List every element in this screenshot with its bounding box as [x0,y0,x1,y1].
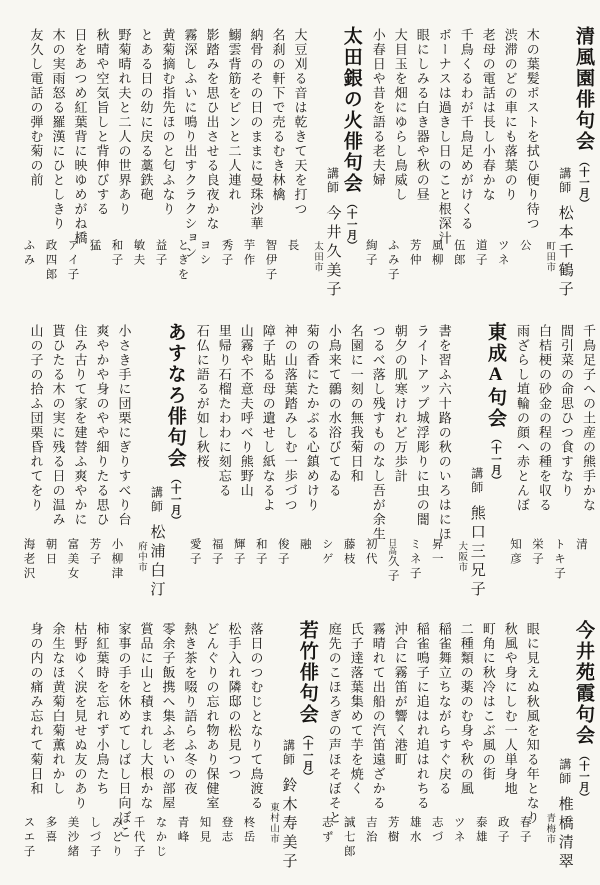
poem-author-name: しづ子 [88,816,100,860]
lecturer-inner: 講師鈴木寿美子 [280,739,296,872]
poem-column: とある日の幼に戻る藁鉄砲敏夫 [131,26,153,306]
poem-text: 野菊晴れ夫と二人の世界あり [117,28,130,217]
poem-text: 小春日や昔を語る老夫婦 [372,28,385,188]
poem-author-name: みどり [110,816,122,860]
poem-author: 春子 [517,816,533,845]
poem-author: 長 [284,239,300,254]
city-label: 青梅市 [544,813,554,845]
poem-column: 秋風や身にしむ一人単身地政子 [496,620,518,878]
poem-author-name: 登志 [220,816,232,845]
lecturer-name: 松浦白汀 [148,524,164,600]
poem-text: 二種類の薬のむ身や秋の風 [460,622,473,796]
poem-column: 里帰り石榴たわわに刻忘る福子 [210,322,232,606]
city-column: 東村山市 [266,620,277,878]
poem-author: アイ子 [64,239,80,283]
lecturer-role: 講師 [325,167,339,195]
poem-text: ライトアップ城浮彫りに虫の闇 [416,324,429,527]
poem-author-name: 猛 [88,239,100,254]
poem-column: 沖合に霧笛が響く港町芳樹 [386,620,408,878]
section-title: 東成A句会（十一月） [485,322,506,606]
poem-author-name: トキ子 [553,538,565,582]
poem-author: ミネ子 [407,538,423,582]
section-month: （十一月） [578,750,589,803]
section-title-text: 今井苑霞句会 [573,620,594,746]
poem-author-name: 清 [575,538,587,553]
poem-text: 日をあつめ紅葉背に映ゆめがね橋 [73,28,86,246]
poem-column: 枯野ゆく涙を見せぬ友のあり美沙緒 [65,620,87,878]
poem-column: 霧晴れて出船の汽笛遠ざかる吉治 [364,620,386,878]
poem-column: 渋滞のどの車にも落葉のりツネ [496,26,518,306]
poem-author: みどり [108,816,124,860]
poem-column: 小鳥来て鶸の水浴びてゐるシゲ [320,322,342,606]
poem-author-name: 美沙緒 [66,816,78,860]
poem-author: 伍郎 [451,239,467,268]
poem-author-name: 融 [299,538,311,553]
poem-author: 福子 [209,538,225,567]
poem-text: 渋滞のどの車にも落葉のり [504,28,517,202]
poem-author-name: 政四郎 [44,239,56,283]
poem-author: ふみ子 [385,239,401,283]
poem-text: 庭先のこほろぎの声ほそぼそと [328,622,341,825]
city-label: 府中市 [135,541,145,573]
poem-column: 千鳥くるわが千鳥足めがけくる伍郎 [452,26,474,306]
poem-author: 智伊子 [262,239,278,283]
poem-author-name: スエ子 [22,816,34,860]
lecturer-name: 鈴木寿美子 [280,777,296,872]
poem-author: 俊子 [275,538,291,567]
section-month: （十一月） [170,473,181,526]
poem-column: 身の内の痛み忘れて菊日和スエ子 [21,620,43,878]
poem-column: 二種類の薬のむ身や秋の風ツネ [452,620,474,878]
poem-text: 零余子飯携へ集ふ老いの部屋 [161,622,174,811]
poem-text: 熱き茶を啜り語らふ冬の夜 [183,622,196,796]
poem-author-name: ふみ子 [387,239,399,283]
poem-author: 絢子 [363,239,379,268]
poem-column: 石仏に語るが如し秋桜愛子 [188,322,210,606]
poem-author: 泰雄 [473,816,489,845]
poem-author-name: 多喜 [44,816,56,845]
poem-text: 千鳥足子への土産の熊手かな [582,324,595,513]
poem-column: 障子貼る母の遺せし紙なるよ和子 [254,322,276,606]
poem-author-name: 知見 [198,816,210,845]
lecturer-column: 講師熊口三兄子 [466,322,485,606]
poem-author-name: ふみ [22,239,34,268]
poem-author: ツネ [495,239,511,268]
lecturer-column: 講師松浦白汀 [145,322,164,606]
poem-text: 爽やかや身のやや細りたる思ひ [95,324,108,527]
poem-column: 爽やかや身のやや細りたる思ひ芳子 [87,322,109,606]
poem-text: 障子貼る母の遺せし紙なるよ [262,324,275,513]
poem-column: 秋晴や空気旨しと背伸びする猛 [87,26,109,306]
poem-column: 菊の香にたかぶる心鎮めけり融 [298,322,320,606]
section-header: 清風園俳句会（十一月）講師松本千鶴子町田市 [543,26,594,306]
poem-author: 和子 [108,239,124,268]
poem-author-name: 益子 [154,239,166,268]
poem-column: 稲雀鳴子に追はれ追はれちる雄水 [408,620,430,878]
poem-author-name: 志づ [431,816,443,845]
poem-text: 白桔梗の砂金の程の種を収る [538,324,551,513]
poem-column: 落日のつむじとなりて鳥渡る柊岳 [241,620,263,878]
poem-author-name: 栄子 [531,538,543,567]
section-title-text: 清風園俳句会 [573,26,594,152]
poem-author: 愛子 [187,538,203,567]
section-header: 今井苑霞句会（十一月）講師椎橋清翠青梅市 [543,620,594,878]
poem-author: 小柳津 [108,538,124,582]
poem-author: 芳樹 [385,816,401,845]
poem-column: 書を習ふ六十路の秋のいろはにほ昇一 [430,322,452,606]
poem-author: 輝子 [231,538,247,567]
poem-column: 貰ひたる木の実に残る日の温み朝日 [43,322,65,606]
poem-author: ヨシ [196,239,212,268]
poem-author-name: ミネ子 [409,538,421,582]
poem-author: 道子 [473,239,489,268]
city-label: 太田市 [311,241,321,273]
poem-author-name: 智伊子 [264,239,276,283]
section-month: （十一月） [302,729,313,782]
poem-text: 稲雀舞立ちながらすぐ戻る [438,622,451,796]
city-column: 町田市 [543,26,554,306]
poem-column: 納骨のその日のままに曼珠沙華芋作 [241,26,263,306]
poem-author: なかじ [152,816,168,860]
section-title: 清風園俳句会（十一月） [573,26,594,306]
poem-text: 間引菜の命思ひつ食すなり [560,324,573,498]
poem-author-name: 伍郎 [453,239,465,268]
section-month: （十一月） [346,198,357,251]
poem-text: 柿紅葉時を忘れず小鳥たち [95,622,108,796]
poem-text: 眼に見えぬ秋風を知る年となり [526,622,539,825]
poem-author: 朝日 [42,538,58,567]
poem-author-name: ときを [176,239,188,283]
poem-column: 木の実雨怒る羅漢にひとしきり政四郎 [43,26,65,306]
poem-text: 貰ひたる木の実に残る日の温み [51,324,64,527]
poem-column: 小春日や昔を語る老夫婦絢子 [364,26,386,306]
poem-author-name: 和子 [110,239,122,268]
poem-column: 名刹の軒下で売るむき林檎智伊子 [263,26,285,306]
poem-column: 松手入れ隣邸の松見つつ登志 [219,620,241,878]
poem-column: 木の葉髪ポストを拭ひ便り待つ公 [518,26,540,306]
poem-author-name: 富美女 [66,538,78,582]
poem-text: 住み古りて家を建替ふ爽やかに [73,324,86,527]
poem-author-name: 輝子 [233,538,245,567]
poem-author-name: 吉治 [365,816,377,845]
city-column: 府中市 [134,322,145,606]
lecturer-role: 講師 [558,758,572,786]
poem-author-name: 福子 [211,538,223,567]
poem-author: 海老沢 [20,538,36,582]
poem-column: 山霧や不意夫呼べり熊野山輝子 [232,322,254,606]
poem-column: 神の山落葉踏みしむ一歩づつ俊子 [276,322,298,606]
lecturer-inner: 講師今井久美子 [324,167,340,300]
poem-author-name: 柊岳 [242,816,254,845]
poem-text: 余生なほ黄菊白菊薫れかし [51,622,64,796]
poem-author: 吉治 [363,816,379,845]
poem-author: 秀子 [218,239,234,268]
poem-column: 山の子の拾ふ団栗昏れてをり海老沢 [21,322,43,606]
poem-author: スエ子 [20,816,36,860]
poem-author: 柊岳 [240,816,256,845]
poem-text: 友久し電話の弾む菊の前 [29,28,42,188]
poem-column: 鰯雲背筋をピンと二人連れ秀子 [219,26,241,306]
section-month: （十一月） [490,433,501,486]
poem-author: 富美女 [64,538,80,582]
poem-column: どんぐりの忘れ物あり保健室知見 [197,620,219,878]
poem-text: 小さき手に団栗にぎりすべり台 [117,324,130,527]
poem-text: どんぐりの忘れ物あり保健室 [205,622,218,811]
section-title-text: あすなろ俳句会 [165,322,186,469]
city-column: 大阪市 [455,322,466,606]
poem-column: 熱き茶を啜り語らふ冬の夜青峰 [175,620,197,878]
poem-column: 黄菊摘む指先ほのと匂ふなり益子 [153,26,175,306]
poem-text: 町角に秋冷はこぶ風の街 [482,622,495,782]
poem-author: 風柳 [429,239,445,268]
poem-author: 昇一 [429,538,445,567]
poem-text: つるべ落し残すものなし吾が余生 [372,324,385,542]
poem-author: 初代 [363,538,379,567]
poem-text: 老母の電話は長し小春かな [482,28,495,202]
poem-author-name: 誠七郎 [343,816,355,860]
poem-author-name: 海老沢 [22,538,34,582]
poem-author: 志ず [319,816,335,845]
poem-text: ボーナスは過きし日のこと根深汁 [438,28,451,246]
poem-text: 書を習ふ六十路の秋のいろはにほ [438,324,451,542]
poem-author: 日高久子 [385,538,401,584]
poem-author: 雄水 [407,816,423,845]
poem-text: 枯野ゆく涙を見せぬ友のあり [73,622,86,811]
poem-text: 木の葉髪ポストを拭ひ便り待つ [526,28,539,231]
city-label: 大阪市 [456,541,466,573]
poem-column: 白桔梗の砂金の程の種を収る栄子 [530,322,552,606]
lecturer-role: 講師 [558,167,572,195]
lecturer-inner: 講師松浦白汀 [148,486,164,600]
poem-author-name: 春子 [519,816,531,845]
poem-author: ときを [174,239,190,283]
poem-column: 柿紅葉時を忘れず小鳥たちしづ子 [87,620,109,878]
poem-text: 雨ざらし埴輪の顔へ赤とんぼ [516,324,529,513]
haiku-band-bottom: 今井苑霞句会（十一月）講師椎橋清翠青梅市眼に見えぬ秋風を知る年となり春子秋風や身… [4,620,596,878]
poem-author-name: 道子 [475,239,487,268]
newspaper-page: 清風園俳句会（十一月）講師松本千鶴子町田市木の葉髪ポストを拭ひ便り待つ公渋滞のど… [0,0,600,878]
poem-text: 神の山落葉踏みしむ一歩づつ [284,324,297,513]
poem-column: 住み古りて家を建替ふ爽やかに富美女 [65,322,87,606]
poem-text: 松手入れ隣邸の松見つつ [227,622,240,782]
poem-author-name: 長 [286,239,298,254]
lecturer-name: 今井久美子 [324,205,340,300]
section-title: あすなろ俳句会（十一月） [164,322,185,606]
poem-author-name: 知彦 [509,538,521,567]
poem-text: 霧深しふいに鳴り出すクラクション [183,28,196,260]
poem-text: 菊の香にたかぶる心鎮めけり [306,324,319,513]
poem-column: 家事の手を休めてしばし日向ぼこみどり [109,620,131,878]
haiku-band-middle: 千鳥足子への土産の熊手かな清間引菜の命思ひつ食すなりトキ子白桔梗の砂金の程の種を… [4,322,596,606]
poem-column: ライトアップ城浮彫りに虫の闇ミネ子 [408,322,430,606]
poem-author: 融 [297,538,313,553]
poem-author: 登志 [218,816,234,845]
poem-author: 志づ [429,816,445,845]
poem-author-name: 青峰 [176,816,188,845]
poem-author-name: シゲ [321,538,333,567]
poem-column: ボーナスは過きし日のこと根深汁風柳 [430,26,452,306]
poem-text: 名刹の軒下で売るむき林檎 [271,28,284,202]
poem-author-prefix: 日高 [388,538,398,555]
poem-author-name: 公 [519,239,531,254]
poem-author: 芳子 [86,538,102,567]
poem-column: 大目玉を畑にゆらし鳥威しふみ子 [386,26,408,306]
poem-column: 庭先のこほろぎの声ほそぼそと志ず [320,620,342,878]
city-label: 東村山市 [267,802,277,844]
poem-author: 美沙緒 [64,816,80,860]
lecturer-column: 講師鈴木寿美子 [277,620,296,878]
lecturer-inner: 講師椎橋清翠 [557,758,573,872]
poem-author-name: アイ子 [66,239,78,283]
poem-author: 益子 [152,239,168,268]
poem-author-name: 政子 [497,816,509,845]
section-title: 太田銀の火俳句会（十一月） [340,26,361,306]
poem-text: 影踏みを思ひ出させる良夜かな [205,28,218,231]
poem-column: 朝夕の肌寒けれど万歩計日高久子 [386,322,408,606]
poem-author: シゲ [319,538,335,567]
poem-author: 栄子 [529,538,545,567]
poem-text: 千鳥くるわが千鳥足めがけくる [460,28,473,231]
poem-author: 芋作 [240,239,256,268]
poem-column: 小さき手に団栗にぎりすべり台小柳津 [109,322,131,606]
poem-author-name: 雄水 [409,816,421,845]
poem-author: 公 [517,239,533,254]
lecturer-name: 松本千鶴子 [557,205,573,300]
city-column: 太田市 [310,26,321,306]
poem-author-name: 絢子 [365,239,377,268]
poem-author-name: 芳子 [88,538,100,567]
poem-text: 山霧や不意夫呼べり熊野山 [240,324,253,498]
section-title-text: 東成A句会 [485,322,506,429]
poem-author-name: 風柳 [431,239,443,268]
poem-text: 山の子の拾ふ団栗昏れてをり [29,324,42,513]
poem-column: 雨ざらし埴輪の顔へ赤とんぼ知彦 [508,322,530,606]
poem-author: 政四郎 [42,239,58,283]
poem-column: 零余子飯携へ集ふ老いの部屋なかじ [153,620,175,878]
poem-author: 敏夫 [130,239,146,268]
poem-author-name: 小柳津 [110,538,122,582]
poem-text: 身の内の痛み忘れて菊日和 [29,622,42,796]
poem-column: 町角に秋冷はこぶ風の街泰雄 [474,620,496,878]
city-label: 町田市 [544,241,554,273]
poem-text: 霧晴れて出船の汽笛遠ざかる [372,622,385,811]
poem-column: 影踏みを思ひ出させる良夜かなヨシ [197,26,219,306]
poem-column: 野菊晴れ夫と二人の世界あり和子 [109,26,131,306]
poem-author: ふみ [20,239,36,268]
poem-author: しづ子 [86,816,102,860]
section-header: 太田銀の火俳句会（十一月）講師今井久美子太田市 [310,26,361,306]
lecturer-role: 講師 [470,467,484,495]
poem-author-name: 千代子 [132,816,144,860]
section-header: 東成A句会（十一月）講師熊口三兄子大阪市 [455,322,506,606]
poem-text: 秋晴や空気旨しと背伸びする [95,28,108,217]
poem-author-name: 志ず [321,816,333,845]
poem-author: 多喜 [42,816,58,845]
poem-column: 間引菜の命思ひつ食すなりトキ子 [552,322,574,606]
poem-author: 誠七郎 [341,816,357,860]
lecturer-name: 椎橋清翠 [557,796,573,872]
poem-author: 青峰 [174,816,190,845]
poem-author-name: 藤枝 [343,538,355,567]
poem-text: 鰯雲背筋をピンと二人連れ [227,28,240,202]
lecturer-column: 講師今井久美子 [321,26,340,306]
poem-text: 眼にしみる白き器や秋の昼 [416,28,429,202]
poem-text: 黄菊摘む指先ほのと匂ふなり [161,28,174,217]
poem-text: 里帰り石榴たわわに刻忘る [218,324,231,498]
poem-column: 余生なほ黄菊白菊薫れかし多喜 [43,620,65,878]
poem-text: 落日のつむじとなりて鳥渡る [249,622,262,811]
poem-column: 眼に見えぬ秋風を知る年となり春子 [518,620,540,878]
city-column: 青梅市 [543,620,554,878]
section-title-text: 太田銀の火俳句会 [341,26,362,194]
lecturer-column: 講師松本千鶴子 [554,26,573,306]
poem-author-name: 和子 [255,538,267,567]
lecturer-inner: 講師熊口三兄子 [469,467,485,600]
poem-column: 老母の電話は長し小春かな道子 [474,26,496,306]
poem-author-name: 朝日 [44,538,56,567]
section-header: あすなろ俳句会（十一月）講師松浦白汀府中市 [134,322,185,606]
poem-column: 友久し電話の弾む菊の前ふみ [21,26,43,306]
section-title: 若竹俳句会（十一月） [296,620,317,878]
poem-text: 秋風や身にしむ一人単身地 [504,622,517,796]
poem-column: 日をあつめ紅葉背に映ゆめがね橋アイ子 [65,26,87,306]
poem-text: とある日の幼に戻る藁鉄砲 [139,28,152,202]
poem-column: 千鳥足子への土産の熊手かな清 [574,322,596,606]
poem-author-name: 芳仲 [409,239,421,268]
poem-text: 氏子達落葉集めて芋を焼く [350,622,363,796]
section-month: （十一月） [578,156,589,209]
poem-author: 和子 [253,538,269,567]
lecturer-role: 講師 [149,486,163,514]
poem-author-name: ツネ [453,816,465,845]
poem-text: 名園に一刻の無我菊日和 [350,324,363,484]
lecturer-role: 講師 [281,739,295,767]
poem-author-name: ツネ [497,239,509,268]
poem-text: 納骨のその日のままに曼珠沙華 [249,28,262,231]
poem-author: 芳仲 [407,239,423,268]
poem-column: 大豆刈る音は乾きて天を打つ長 [285,26,307,306]
poem-text: 木の実雨怒る羅漢にひとしきり [51,28,64,231]
poem-author-name: 愛子 [189,538,201,567]
poem-author-name: 昇一 [431,538,443,567]
poem-text: 賞品に山と積まれし大根かな [139,622,152,811]
poem-column: 賞品に山と積まれし大根かな千代子 [131,620,153,878]
poem-author-name: 久子 [387,555,399,584]
lecturer-name: 熊口三兄子 [469,505,485,600]
poem-text: 朝夕の肌寒けれど万歩計 [394,324,407,484]
poem-column: 眼にしみる白き器や秋の昼芳仲 [408,26,430,306]
poem-text: 大豆刈る音は乾きて天を打つ [293,28,306,217]
section-title: 今井苑霞句会（十一月） [573,620,594,878]
poem-author-name: なかじ [154,816,166,860]
haiku-band-top: 清風園俳句会（十一月）講師松本千鶴子町田市木の葉髪ポストを拭ひ便り待つ公渋滞のど… [4,26,596,306]
poem-author: 知彦 [507,538,523,567]
section-title-text: 若竹俳句会 [297,620,318,725]
section-header: 若竹俳句会（十一月）講師鈴木寿美子東村山市 [266,620,317,878]
poem-author-name: 秀子 [220,239,232,268]
poem-author-name: ヨシ [198,239,210,268]
poem-text: 稲雀鳴子に追はれ追はれちる [416,622,429,811]
poem-column: 氏子達落葉集めて芋を焼く誠七郎 [342,620,364,878]
poem-author-name: 芳樹 [387,816,399,845]
poem-author: 猛 [86,239,102,254]
poem-author: 清 [573,538,589,553]
lecturer-inner: 講師松本千鶴子 [557,167,573,300]
poem-author: 政子 [495,816,511,845]
poem-author: 藤枝 [341,538,357,567]
poem-author-name: 敏夫 [132,239,144,268]
poem-author: 千代子 [130,816,146,860]
